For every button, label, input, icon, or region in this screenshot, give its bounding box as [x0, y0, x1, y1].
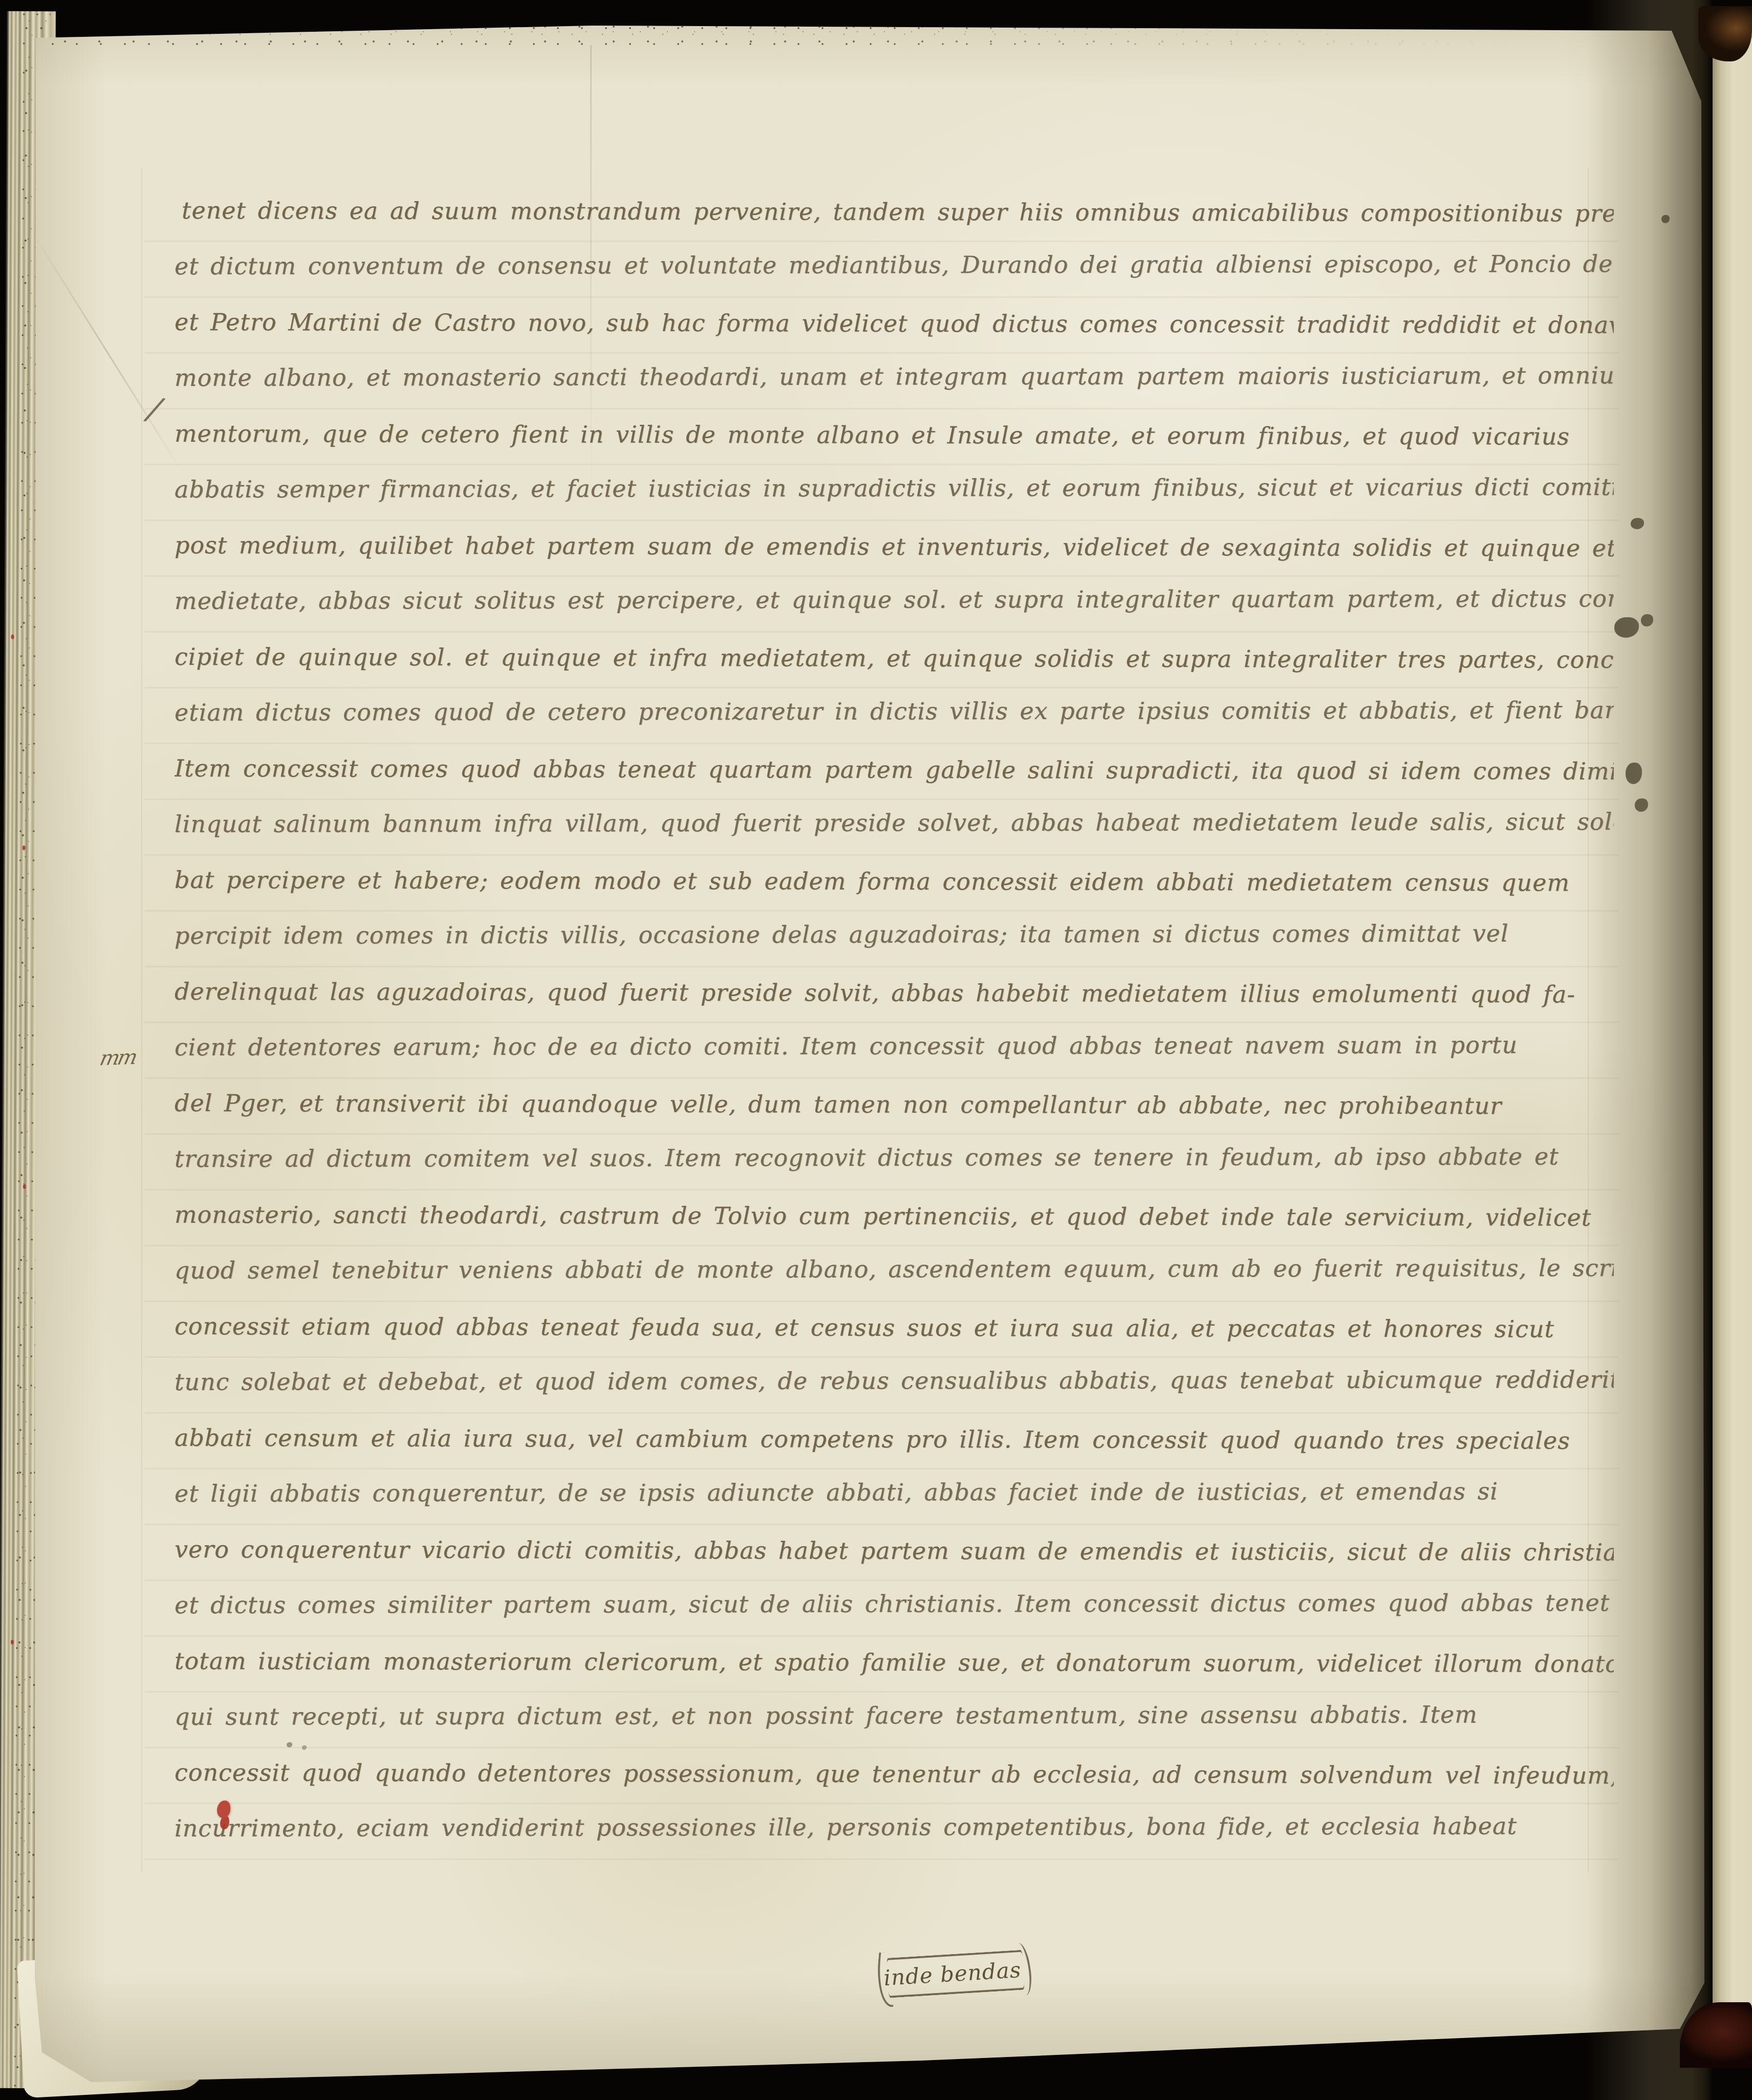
manuscript-text-line: abbatis semper firmancias, et faciet ius… — [175, 474, 1614, 503]
cover-fray-top-right — [1698, 6, 1752, 61]
manuscript-text-line: linquat salinum bannum infra villam, quo… — [175, 809, 1614, 837]
manuscript-text-line: concessit etiam quod abbas teneat feuda … — [175, 1313, 1554, 1342]
manuscript-text-line: quod semel tenebitur veniens abbati de m… — [175, 1255, 1614, 1284]
manuscript-text-line: totam iusticiam monasteriorum clericorum… — [175, 1648, 1614, 1677]
manuscript-text-line: post medium, quilibet habet partem suam … — [175, 532, 1614, 561]
manuscript-text-line: et dictum conventum de consensu et volun… — [175, 250, 1614, 279]
manuscript-text-line: bat percipere et habere; eodem modo et s… — [175, 867, 1570, 896]
manuscript-text-line: percipit idem comes in dictis villis, oc… — [175, 920, 1509, 948]
red-edge-speck — [23, 1184, 26, 1189]
red-edge-speck — [11, 1640, 14, 1644]
red-edge-speck — [11, 635, 14, 639]
manuscript-text-line: monte albano, et monasterio sancti theod… — [175, 362, 1614, 391]
catchword-frame: inde bendas — [877, 1945, 1028, 2004]
manuscript-text-line: vero conquerentur vicario dicti comitis,… — [175, 1536, 1614, 1566]
manuscript-text-line: monasterio, sancti theodardi, castrum de… — [175, 1202, 1591, 1230]
manuscript-text-line: cipiet de quinque sol. et quinque et inf… — [175, 644, 1614, 673]
manuscript-text-line: cient detentores earum; hoc de ea dicto … — [175, 1032, 1518, 1060]
manuscript-text-line: derelinquat las aguzadoiras, quod fuerit… — [175, 979, 1575, 1007]
manuscript-text-line: et Petro Martini de Castro novo, sub hac… — [175, 309, 1614, 338]
manuscript-text-line: concessit quod quando detentores possess… — [175, 1760, 1614, 1789]
manuscript-text-line: tenet dicens ea ad suum monstrandum perv… — [182, 198, 1614, 227]
manuscript-text-line: del Pger, et transiverit ibi quandoque v… — [175, 1090, 1502, 1119]
manuscript-text-line: etiam dictus comes quod de cetero precon… — [175, 697, 1614, 725]
manuscript-text-line: incurrimento, eciam vendiderint possessi… — [175, 1813, 1517, 1841]
manuscript-text-line: abbati censum et alia iura sua, vel camb… — [175, 1425, 1570, 1454]
manuscript-text-line: et ligii abbatis conquerentur, de se ips… — [175, 1478, 1498, 1506]
manuscript-text-line: transire ad dictum comitem vel suos. Ite… — [175, 1143, 1559, 1172]
manuscript-text-line: Item concessit comes quod abbas teneat q… — [175, 755, 1614, 785]
facing-page-edge — [1713, 29, 1752, 2040]
red-edge-speck — [23, 846, 26, 850]
manuscript-text-line: qui sunt recepti, ut supra dictum est, e… — [175, 1702, 1478, 1730]
manuscript-page: tenet dicens ea ad suum monstrandum perv… — [30, 14, 1718, 2085]
manuscript-text-line: tunc solebat et debebat, et quod idem co… — [175, 1367, 1614, 1395]
manuscript-photo: tenet dicens ea ad suum monstrandum perv… — [0, 0, 1752, 2100]
manuscript-text-line: et dictus comes similiter partem suam, s… — [175, 1590, 1610, 1618]
manuscript-text-line: medietate, abbas sicut solitus est perci… — [175, 586, 1614, 614]
margin-squiggle-note: mm — [98, 1046, 138, 1070]
margin-rule-left — [141, 168, 142, 1872]
gutter-shadow — [1587, 0, 1721, 2100]
text-block: tenet dicens ea ad suum monstrandum perv… — [175, 14, 1614, 2051]
manuscript-text-line: mentorum, que de cetero fient in villis … — [175, 421, 1570, 449]
